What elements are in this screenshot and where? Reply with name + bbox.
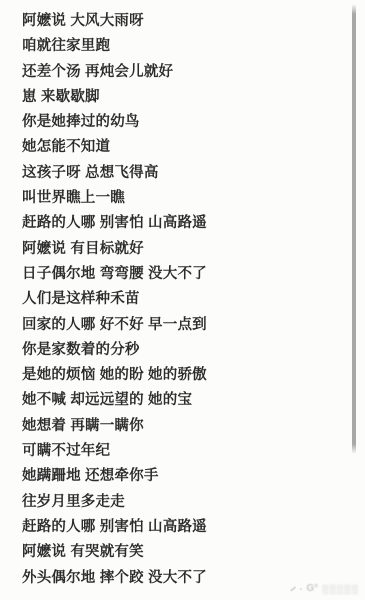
watermark-text: ▒▒▒▒▒ xyxy=(322,584,359,594)
lyrics-text-block: 阿嬷说 大风大雨呀 咱就往家里跑 还差个汤 再炖会儿就好 崽 来歇歇脚 你是她捧… xyxy=(22,9,341,591)
lyric-line: 咱就往家里跑 xyxy=(22,34,341,59)
lyric-line: 她不喊 却远远望的 她的宝 xyxy=(22,388,341,413)
lyric-line: 赶路的人哪 别害怕 山高路遥 xyxy=(22,515,341,540)
lyric-line: 往岁月里多走走 xyxy=(22,490,341,515)
watermark-dot-icon xyxy=(300,588,302,590)
lyric-line: 还差个汤 再炖会儿就好 xyxy=(22,60,341,85)
lyric-line: 叫世界瞧上一瞧 xyxy=(22,186,341,211)
lyric-line: 人们是这样种禾苗 xyxy=(22,287,341,312)
watermark-tick-icon xyxy=(291,586,297,591)
lyric-line: 赶路的人哪 别害怕 山高路遥 xyxy=(22,211,341,236)
lyric-line: 她蹒跚地 还想牵你手 xyxy=(22,464,341,489)
lyric-line: 她怎能不知道 xyxy=(22,135,341,160)
lyric-line: 日子偶尔地 弯弯腰 没大不了 xyxy=(22,262,341,287)
lyric-line: 这孩子呀 总想飞得高 xyxy=(22,161,341,186)
lyric-line: 阿嬷说 有哭就有笑 xyxy=(22,540,341,565)
lyric-line: 阿嬷说 大风大雨呀 xyxy=(22,9,341,34)
lyric-line: 你是家数着的分秒 xyxy=(22,338,341,363)
lyric-line: 你是她捧过的幼鸟 xyxy=(22,110,341,135)
lyric-line: 是她的烦恼 她的盼 她的骄傲 xyxy=(22,363,341,388)
lyric-line: 阿嬷说 有目标就好 xyxy=(22,237,341,262)
scrollbar-thumb[interactable] xyxy=(352,4,356,454)
lyric-line: 崽 来歇歇脚 xyxy=(22,85,341,110)
watermark: G° ▒▒▒▒▒ xyxy=(290,583,359,594)
lyric-line: 可瞒不过年纪 xyxy=(22,439,341,464)
lyric-line: 回家的人哪 好不好 早一点到 xyxy=(22,313,341,338)
watermark-logo-icon: G° xyxy=(306,583,318,594)
lyric-line: 她想着 再瞒一瞒你 xyxy=(22,414,341,439)
